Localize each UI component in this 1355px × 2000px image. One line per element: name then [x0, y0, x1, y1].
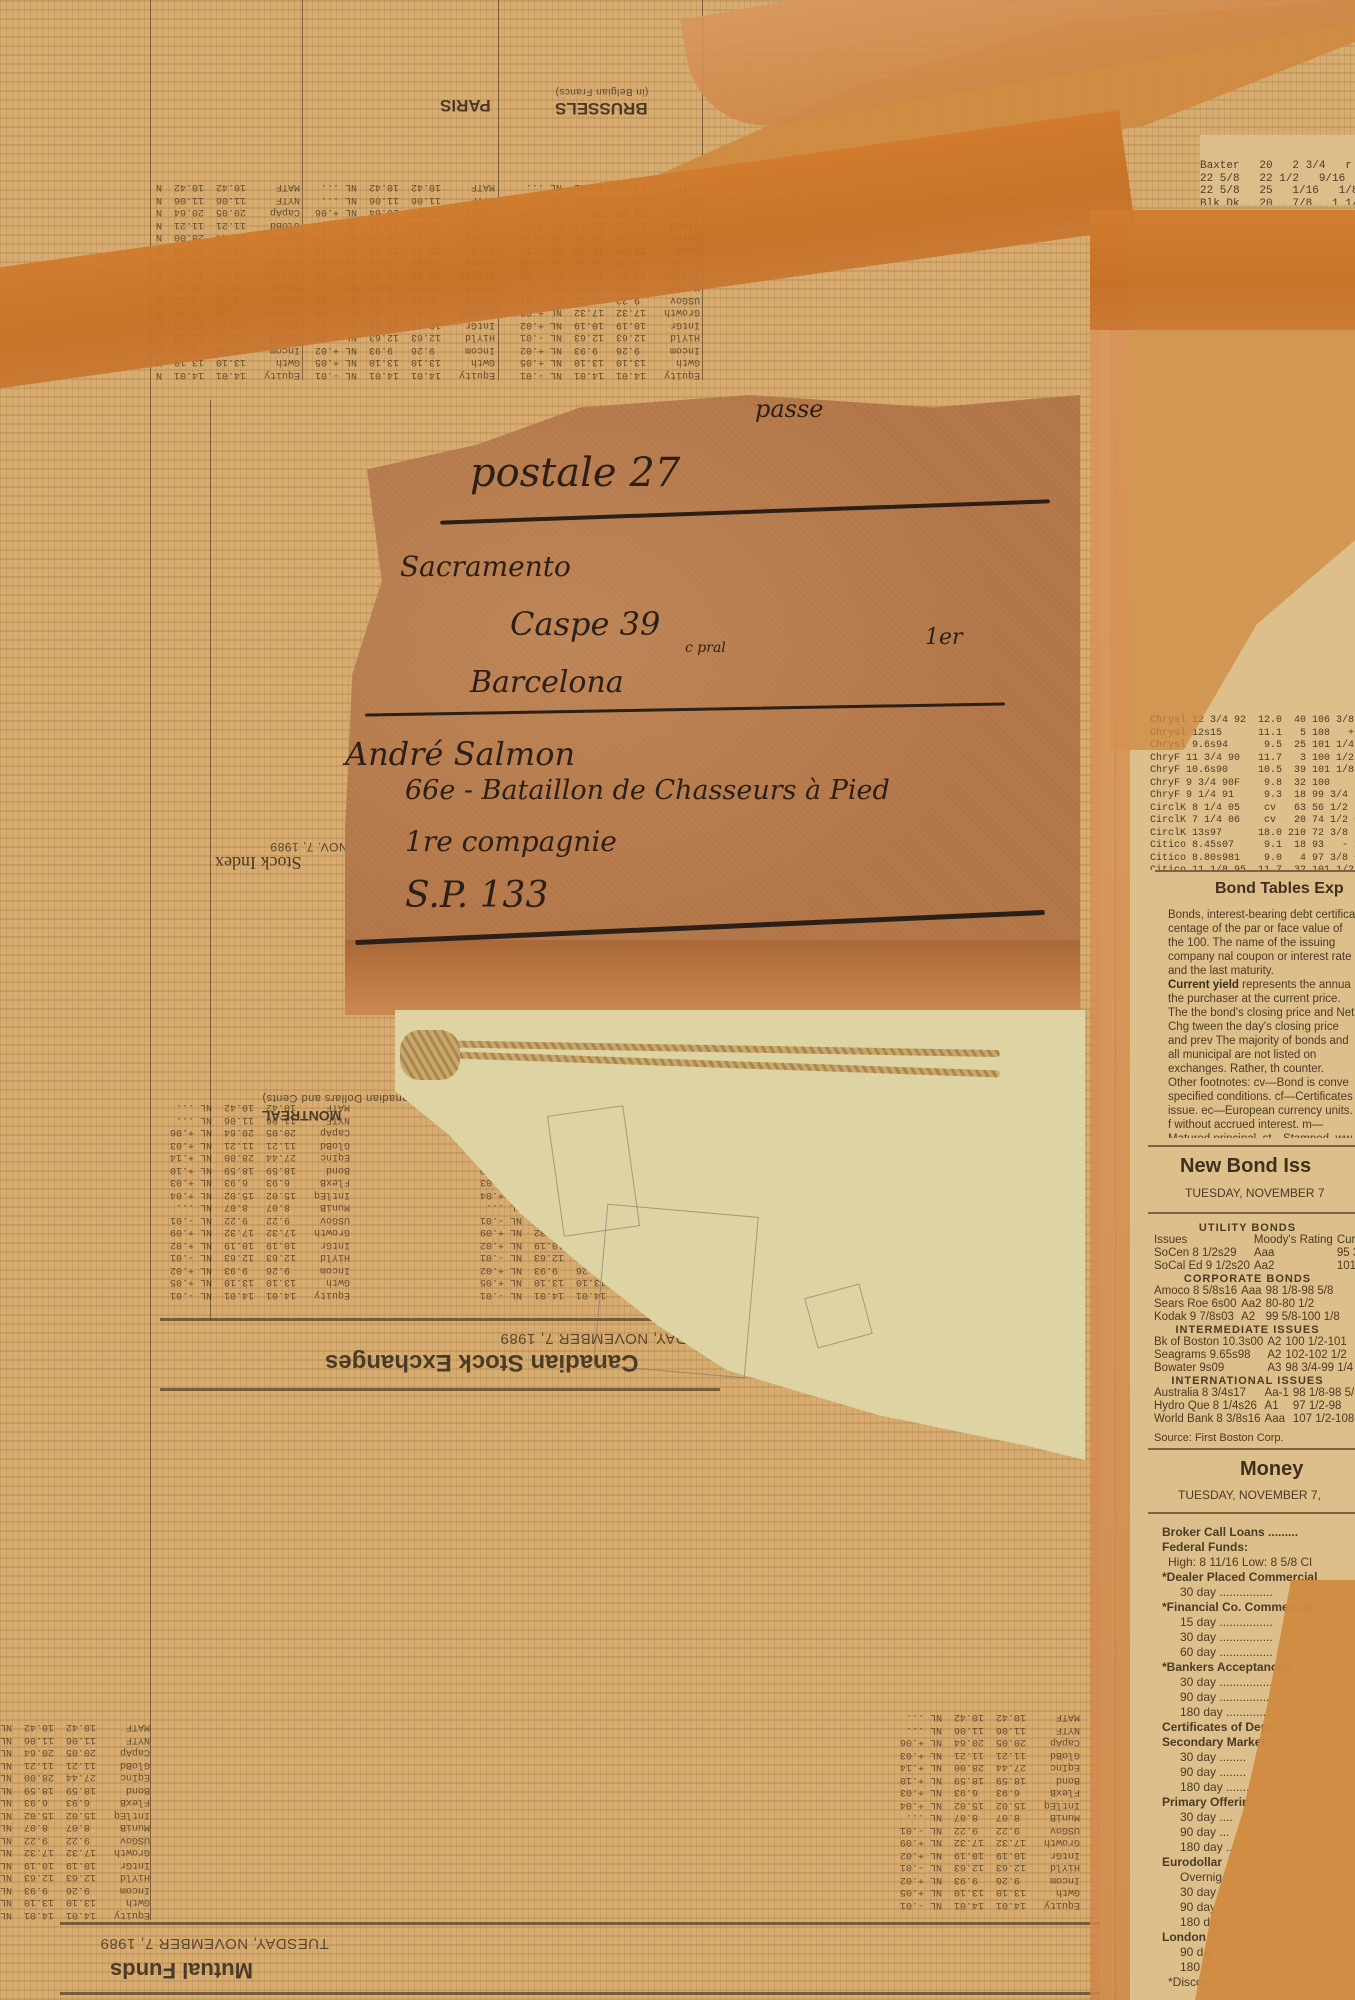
stock-index-heading: Stock Index [215, 852, 301, 873]
note-line-compagnie: 1re compagnie [405, 825, 617, 858]
section-rule [60, 1992, 1100, 1995]
bond-table: Bk of Boston 10.3s00A2100 1/2-101 Seagra… [1154, 1336, 1355, 1375]
brussels-subheading: (in Belgian Francs) [555, 86, 648, 97]
new-bond-issues-table: UTILITY BONDS IssuesMoody's RatingCurren… [1140, 1222, 1355, 1444]
note-line-barcelona: Barcelona [470, 665, 624, 700]
table-row: Bk of Boston 10.3s00A2100 1/2-101 [1154, 1336, 1355, 1349]
table-row: Amoco 8 5/8s16Aaa98 1/8-98 5/8 [1154, 1285, 1344, 1298]
section-rule [1148, 1448, 1355, 1450]
note-line-postale: postale 27 [470, 450, 680, 496]
note-line-bataillon: 66e - Bataillon de Chasseurs à Pied [405, 775, 890, 806]
note-line-floor: 1er [925, 625, 963, 650]
section-rule [1148, 1212, 1355, 1214]
section-rule [1148, 1512, 1355, 1514]
bond-source: Source: First Boston Corp. [1154, 1432, 1355, 1444]
montreal-heading: MONTREAL [262, 1108, 341, 1124]
table-row: Sears Roe 6s00Aa280-80 1/2 [1154, 1298, 1344, 1311]
pencil-sketch-shape [593, 1204, 759, 1379]
money-rate-row: Federal Funds: [1140, 1540, 1355, 1555]
table-row: Seagrams 9.65s98A2102-102 1/2 [1154, 1349, 1355, 1362]
money-rate-row: Broker Call Loans ......... [1140, 1525, 1355, 1540]
section-rule [160, 1388, 720, 1391]
note-line-caspe: Caspe 39 [510, 605, 660, 643]
bond-table: Australia 8 3/4s17Aa-198 1/8-98 5/8 Hydr… [1154, 1387, 1355, 1426]
column-rule [210, 400, 211, 1320]
string-knot [400, 1030, 460, 1080]
bond-tables-explained-title: Bond Tables Exp [1215, 880, 1344, 898]
mutual-funds-heading: Mutual Funds [110, 1957, 253, 1983]
canadian-exchanges-heading: Canadian Stock Exchanges [325, 1348, 638, 1376]
new-bond-issues-title: New Bond Iss [1180, 1155, 1311, 1178]
bond-group-label: UTILITY BONDS [1140, 1222, 1355, 1234]
note-line-passe: passe [755, 395, 824, 423]
money-title: Money [1240, 1458, 1303, 1481]
note-line-andre-salmon: André Salmon [345, 735, 575, 773]
table-row: World Bank 8 3/8s16Aaa107 1/2-108 [1154, 1413, 1355, 1426]
section-rule [60, 1922, 1100, 1925]
bond-table: Amoco 8 5/8s16Aaa98 1/8-98 5/8 Sears Roe… [1154, 1285, 1344, 1324]
table-row: SoCen 8 1/2s29Aaa95 3/4-96 [1154, 1247, 1355, 1260]
address-card-edge [345, 940, 1080, 1015]
column-rule [498, 0, 499, 380]
table-row: Bowater 9s09A398 3/4-99 1/4 [1154, 1362, 1355, 1375]
money-rate-row: High: 8 11/16 Low: 8 5/8 Cl [1140, 1555, 1355, 1570]
section-rule [1155, 870, 1355, 872]
note-line-sp: S.P. 133 [405, 875, 548, 916]
newsprint-column-5: Equity 14.01 14.01 NL -.01 Gwth 13.10 13… [0, 1390, 1080, 1910]
tape-strip-right [1090, 210, 1355, 330]
tape-strip-vertical [1090, 210, 1130, 2000]
bond-table: IssuesMoody's RatingCurrent Bid&Asked So… [1154, 1234, 1355, 1273]
bond-group-label: INTERNATIONAL ISSUES [1140, 1375, 1355, 1387]
section-rule [1148, 1145, 1355, 1147]
new-bond-issues-date: TUESDAY, NOVEMBER 7 [1185, 1186, 1325, 1200]
bond-tables-explained-body: Bonds, interest-bearing debt certifica c… [1140, 908, 1355, 1138]
paris-heading: PARIS [440, 95, 491, 115]
montreal-subheading: (Canadian Dollars and Cents) [262, 1092, 421, 1104]
mutual-funds-date: TUESDAY, NOVEMBER 7, 1989 [100, 1935, 329, 1952]
note-line-caspe-suffix: c pral [685, 640, 726, 656]
options-table-snippet: Baxter 20 2 3/4 r r22 5/8 22 1/2 9/16 7/… [1200, 135, 1355, 205]
collage-artwork: Equity 14.01 14.01 NL -.01 Gwth 13.10 13… [0, 0, 1355, 2000]
table-row: Australia 8 3/4s17Aa-198 1/8-98 5/8 [1154, 1387, 1355, 1400]
brussels-heading: BRUSSELS [555, 98, 648, 118]
table-row: Kodak 9 7/8s03A299 5/8-100 1/8 [1154, 1311, 1344, 1324]
table-row: Hydro Que 8 1/4s26A197 1/2-98 [1154, 1400, 1355, 1413]
table-row: SoCal Ed 9 1/2s20Aa2101-101 1/2 [1154, 1260, 1355, 1273]
note-line-sacramento: Sacramento [400, 550, 571, 583]
bond-group-label: INTERMEDIATE ISSUES [1140, 1324, 1355, 1336]
bond-group-label: CORPORATE BONDS [1140, 1273, 1355, 1285]
money-date: TUESDAY, NOVEMBER 7, [1178, 1488, 1321, 1502]
stock-index-date: NOV. 7, 1989 [270, 840, 348, 854]
